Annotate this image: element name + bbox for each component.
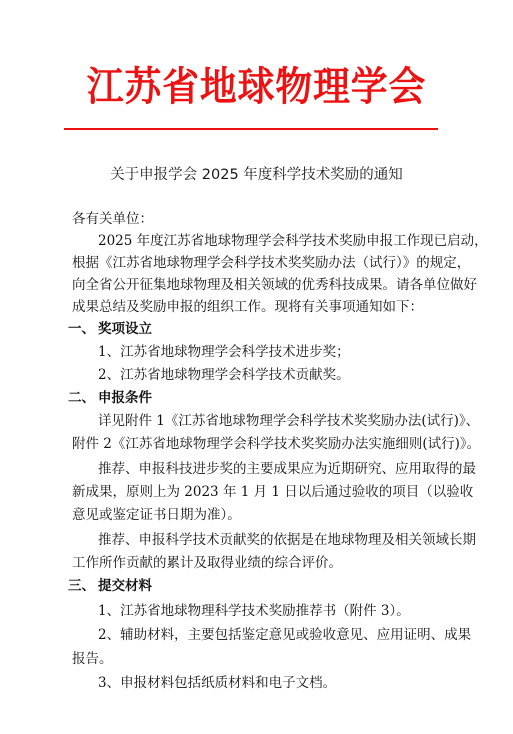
- letterhead-divider: [64, 128, 438, 130]
- paragraph-line: 附件 2《江苏省地球物理学会科学技术奖奖励办法实施细则(试行)》。: [72, 433, 480, 455]
- section-title: 提交材料: [98, 578, 152, 594]
- section-number: 一、: [68, 318, 98, 340]
- list-item-continuation: 报告。: [72, 648, 113, 670]
- list-item: 1、江苏省地球物理科学技术奖励推荐书（附件 3）。: [98, 600, 410, 622]
- paragraph-line: 推荐、申报科技进步奖的主要成果应为近期研究、应用取得的最: [98, 458, 476, 480]
- paragraph-line: 详见附件 1《江苏省地球物理学会科学技术奖奖励办法(试行)》、: [98, 410, 479, 432]
- section-heading-materials: 三、提交材料: [68, 575, 152, 597]
- list-item: 2、辅助材料，主要包括鉴定意见或验收意见、应用证明、成果: [98, 624, 471, 646]
- intro-line: 根据《江苏省地球物理学会科学技术奖奖励办法（试行）》的规定，: [72, 252, 470, 274]
- paragraph-line: 推荐、申报科学技术贡献奖的依据是在地球物理及相关领域长期: [98, 529, 476, 551]
- paragraph-line: 工作所作贡献的累计及取得业绩的综合评价。: [72, 552, 342, 574]
- letterhead-org-name: 江苏省地球物理学会: [21, 62, 493, 112]
- section-heading-conditions: 二、申报条件: [68, 387, 152, 409]
- salutation: 各有关单位：: [72, 208, 153, 230]
- intro-line: 2025 年度江苏省地球物理学会科学技术奖励申报工作现已启动，: [98, 230, 488, 252]
- paragraph-line: 意见或鉴定证书日期为准）。: [72, 504, 241, 526]
- intro-line: 成果总结及奖励申报的组织工作。现将有关事项通知如下：: [72, 296, 423, 318]
- section-heading-awards: 一、奖项设立: [68, 318, 152, 340]
- section-number: 二、: [68, 387, 98, 409]
- section-title: 申报条件: [98, 390, 152, 406]
- list-item: 2、江苏省地球物理学会科学技术贡献奖。: [98, 364, 350, 386]
- paragraph-line: 新成果，原则上为 2023 年 1 月 1 日以后通过验收的项目（以验收: [72, 481, 473, 503]
- list-item: 1、江苏省地球物理学会科学技术进步奖；: [98, 341, 350, 363]
- intro-line: 向全省公开征集地球物理及相关领域的优秀科技成果。请各单位做好: [72, 274, 477, 296]
- section-title: 奖项设立: [98, 321, 152, 337]
- notice-title: 关于申报学会 2025 年度科学技术奖励的通知: [0, 165, 513, 185]
- list-item: 3、申报材料包括纸质材料和电子文档。: [98, 672, 336, 694]
- document-page: 江苏省地球物理学会 关于申报学会 2025 年度科学技术奖励的通知 各有关单位：…: [0, 0, 513, 734]
- section-number: 三、: [68, 575, 98, 597]
